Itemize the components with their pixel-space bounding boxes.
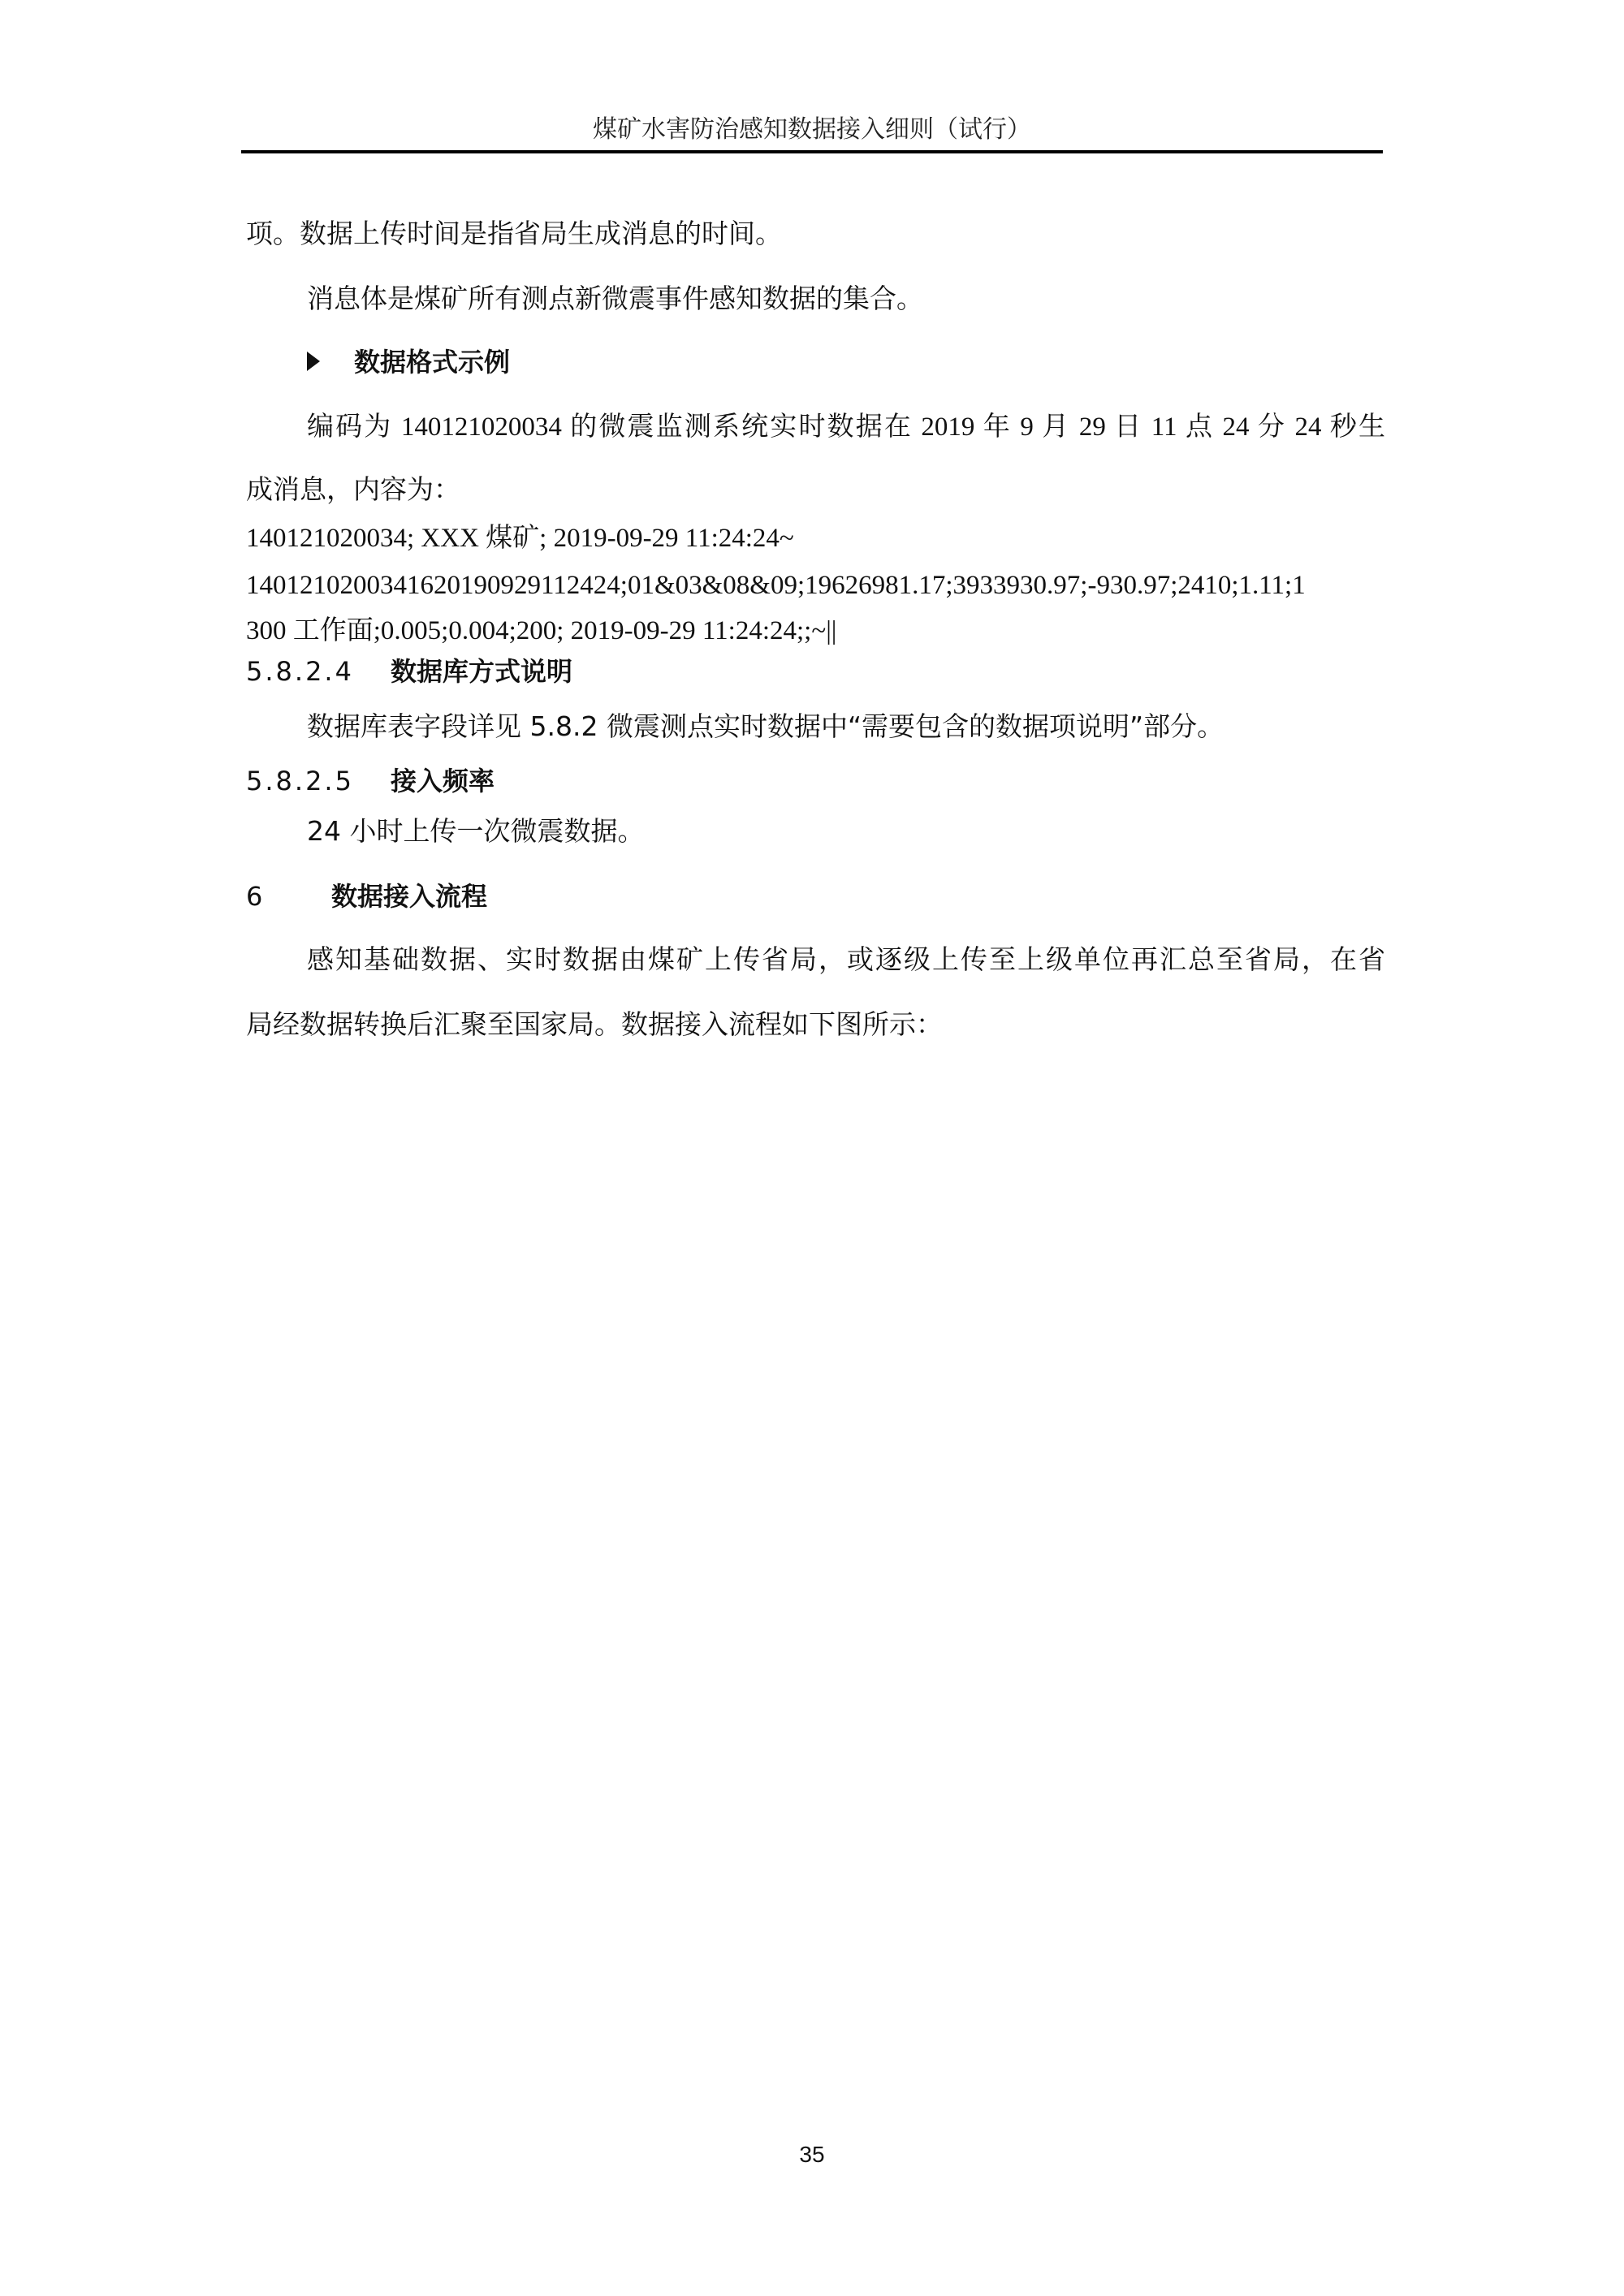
paragraph-database-fields: 数据库表字段详见 5.8.2 微震测点实时数据中“需要包含的数据项说明”部分。: [307, 709, 1224, 744]
section-title: 数据库方式说明: [391, 656, 572, 687]
section-heading-5824: 5.8.2.4数据库方式说明: [246, 654, 572, 689]
section-number: 6: [246, 878, 331, 914]
paragraph-flow-line2: 局经数据转换后汇聚至国家局。数据接入流程如下图所示：: [246, 1007, 943, 1042]
section-heading-6: 6数据接入流程: [246, 878, 487, 914]
paragraph-message-body: 消息体是煤矿所有测点新微震事件感知数据的集合。: [307, 281, 923, 317]
paragraph-continuation: 项。数据上传时间是指省局生成消息的时间。: [246, 216, 782, 252]
paragraph-example-intro-line2: 成消息，内容为：: [246, 473, 460, 508]
section-heading-5825: 5.8.2.5接入频率: [246, 763, 495, 799]
code-example-line1: 140121020034; XXX 煤矿; 2019-09-29 11:24:2…: [246, 520, 794, 556]
code-example-line2: 1401210200341620190929112424;01&03&08&09…: [246, 568, 1385, 603]
paragraph-frequency: 24 小时上传一次微震数据。: [307, 814, 644, 849]
section-number: 5.8.2.5: [246, 763, 391, 799]
header-divider: [241, 150, 1383, 153]
section-number: 5.8.2.4: [246, 654, 391, 689]
page-number: 35: [0, 2140, 1624, 2169]
document-title: 煤矿水害防治感知数据接入细则（试行）: [0, 114, 1624, 146]
paragraph-flow-line1: 感知基础数据、实时数据由煤矿上传省局，或逐级上传至上级单位再汇总至省局，在省: [307, 942, 1385, 978]
paragraph-example-intro-line1: 编码为 140121020034 的微震监测系统实时数据在 2019 年 9 月…: [307, 409, 1385, 445]
code-example-line3: 300 工作面;0.005;0.004;200; 2019-09-29 11:2…: [246, 613, 836, 649]
section-title: 数据接入流程: [331, 881, 487, 912]
bullet-heading-text: 数据格式示例: [354, 347, 510, 378]
section-title: 接入频率: [391, 766, 495, 796]
arrow-bullet-icon: [307, 352, 320, 371]
bullet-heading: 数据格式示例: [307, 344, 510, 380]
